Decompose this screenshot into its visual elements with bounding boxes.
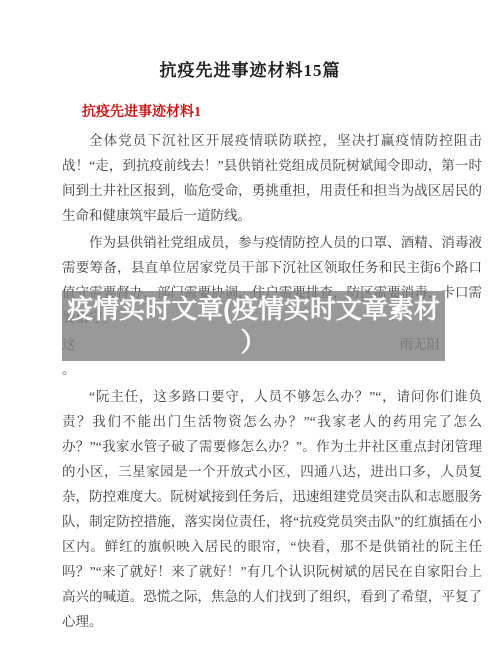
overlay-banner-title-line-2: ） [62,326,445,359]
overlay-banner-title-line-1: 疫情实时文章(疫情实时文章素材 [62,293,445,326]
section-heading: 抗疫先进事迹材料1 [62,104,482,121]
watermark-overlay-banner: 疫情实时文章(疫情实时文章素材 ） [62,291,445,361]
document-body: 抗疫先进事迹材料1 全体党员下沉社区开展疫情联防联控，坚决打赢疫情防控阻击战！“… [62,104,482,634]
paragraph-1: 全体党员下沉社区开展疫情联防联控，坚决打赢疫情防控阻击战！“走，到抗疫前线去！”… [62,128,482,228]
document-page: 抗疫先进事迹材料15篇 抗疫先进事迹材料1 全体党员下沉社区开展疫情联防联控，坚… [0,0,500,647]
paragraph-3: “阮主任，这多路口要守，人员不够怎么办？”“，请问你们谁负责？我们不能出门生活物… [62,384,482,634]
document-title: 抗疫先进事迹材料15篇 [0,0,500,82]
